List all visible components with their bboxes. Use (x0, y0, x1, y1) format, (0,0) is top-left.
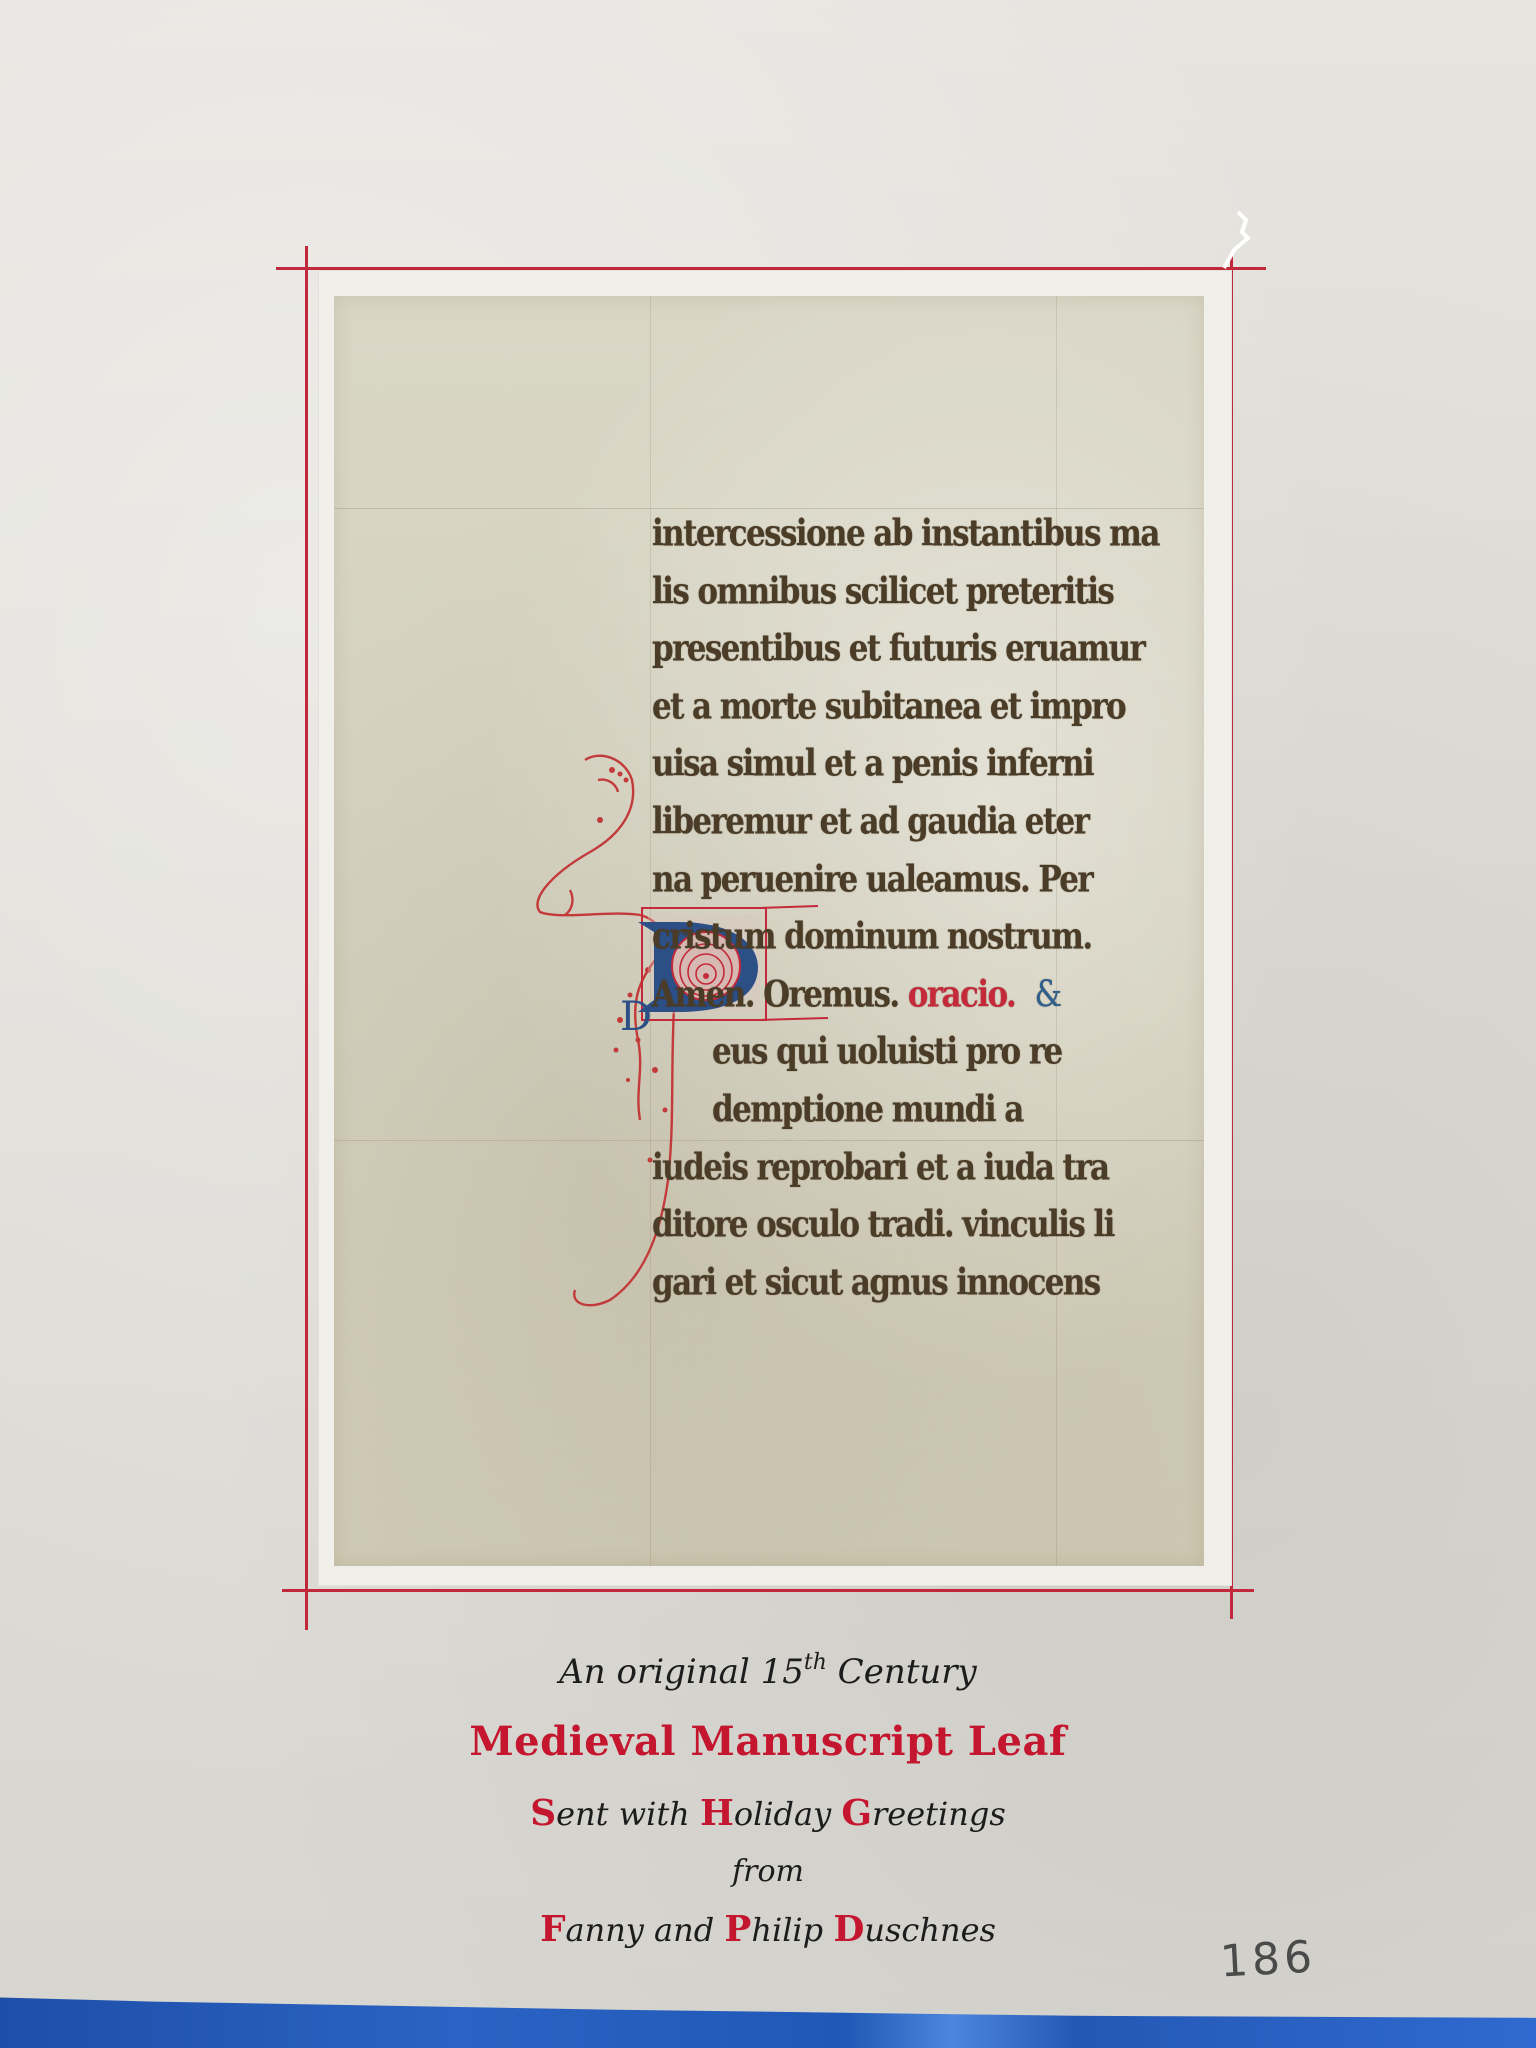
caption-text: reetings (872, 1795, 1006, 1833)
caption-text: anny and (566, 1911, 725, 1949)
rubric-oracio: oracio. (908, 973, 1015, 1015)
caption-red-initial: F (540, 1908, 565, 1950)
svg-text:D: D (620, 994, 652, 1032)
caption-red-initial: S (530, 1792, 556, 1834)
pencil-inventory-number: 186 (1219, 1932, 1318, 1988)
caption-line-1: An original 15th Century (0, 1650, 1536, 1692)
caption-text: uschnes (864, 1911, 996, 1949)
caption-text: oliday (734, 1795, 842, 1833)
paragraph-mark-icon: & (1034, 973, 1060, 1015)
caption-red-initial: G (841, 1792, 872, 1834)
manuscript-line: gari et sicut agnus innocens (652, 1250, 1092, 1318)
mat-tear-mark (1216, 210, 1256, 270)
caption-text: Century (827, 1652, 977, 1692)
caption-text: An original 15 (559, 1652, 804, 1692)
amen-oremus-text: Amen. Oremus. (652, 973, 899, 1015)
caption-superscript: th (804, 1650, 827, 1675)
caption-text: hilip (751, 1911, 833, 1949)
caption-red-initial: H (700, 1792, 734, 1834)
caption-from: from (0, 1854, 1536, 1889)
caption-line-3: Sent with Holiday Greetings (0, 1792, 1536, 1834)
photo-stage: D intercessione ab instantibus ma lis om… (0, 0, 1536, 2048)
frame-rule-left (305, 246, 308, 1630)
frame-rule-bottom (282, 1589, 1254, 1592)
caption-text: ent with (556, 1795, 700, 1833)
caption-title: Medieval Manuscript Leaf (0, 1718, 1536, 1765)
manuscript-text-block: intercessione ab instantibus ma lis omni… (652, 506, 1092, 1312)
caption-red-initial: D (833, 1908, 864, 1950)
caption-red-initial: P (724, 1908, 751, 1950)
